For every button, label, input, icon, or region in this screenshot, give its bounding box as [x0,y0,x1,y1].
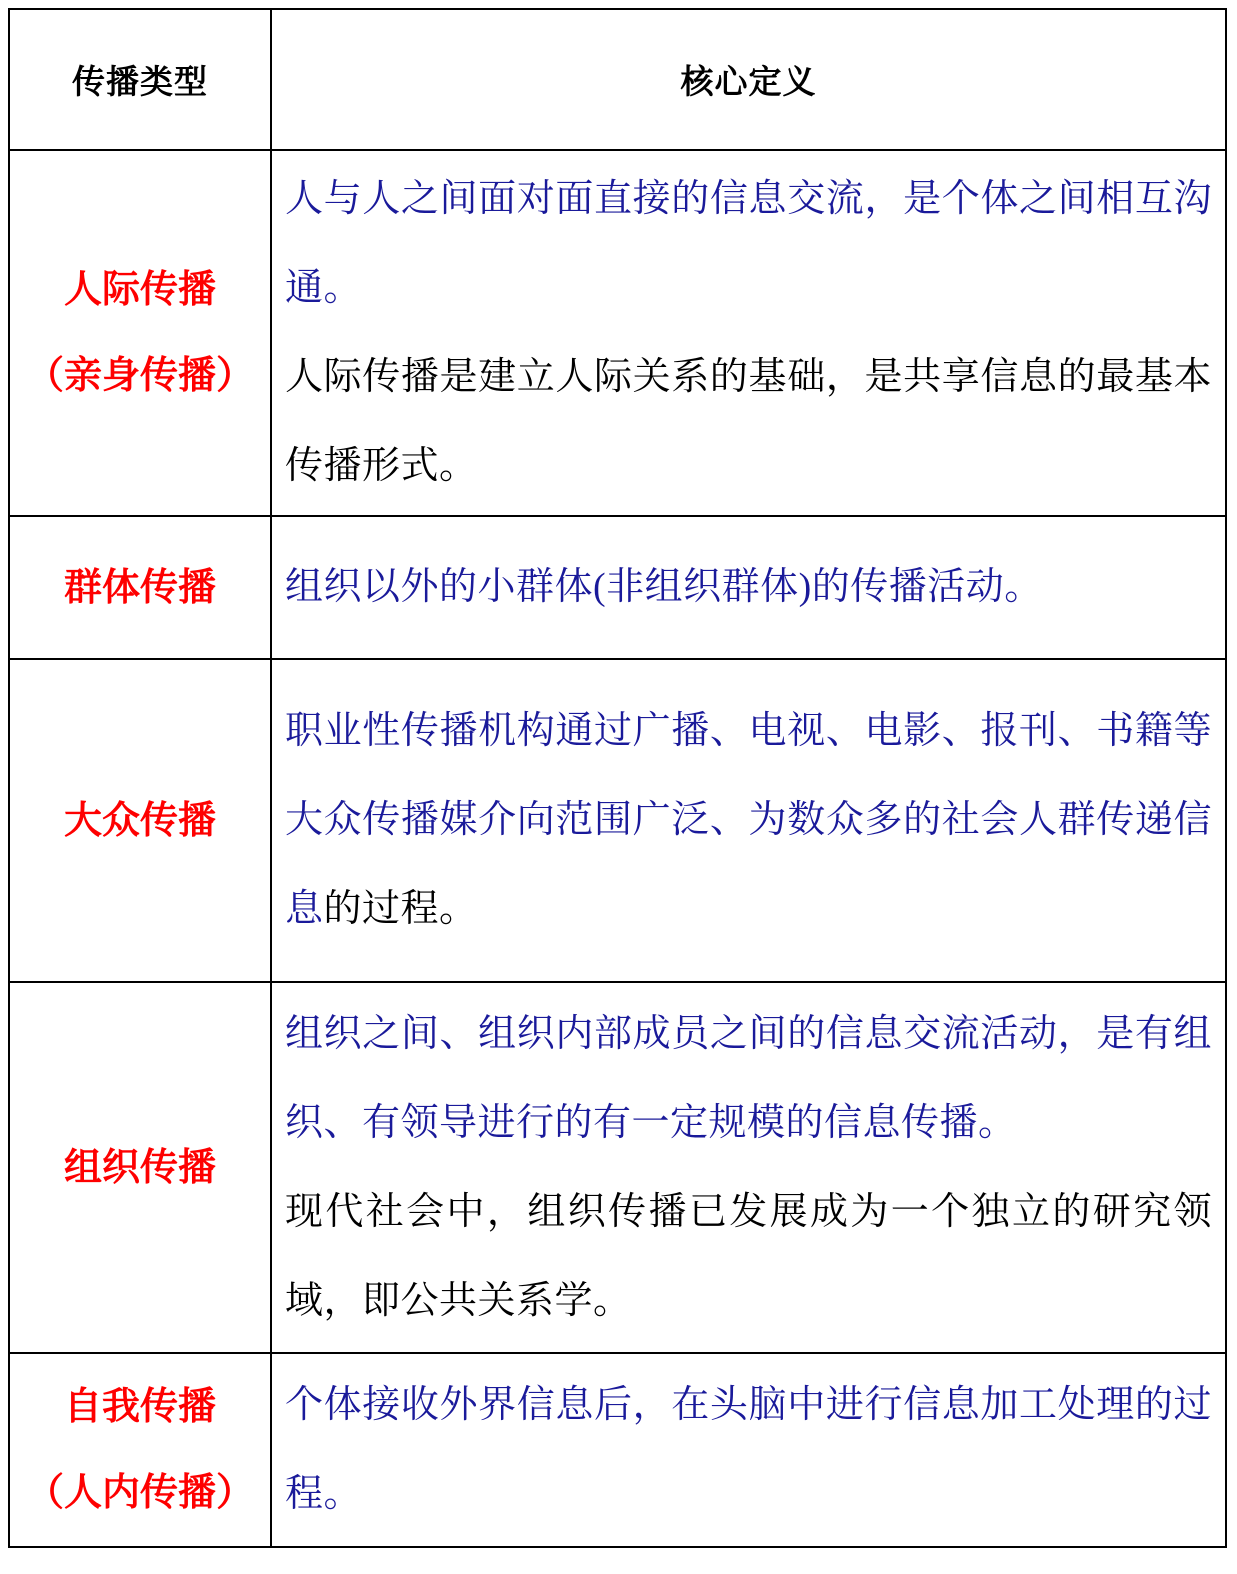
type-cell: 自我传播（人内传播） [9,1353,271,1547]
document-page: 传播类型 核心定义 人际传播（亲身传播）人与人之间面对面直接的信息交流，是个体之… [0,0,1237,1574]
definition-paragraph: 人际传播是建立人际关系的基础，是共享信息的最基本传播形式。 [285,333,1212,511]
table-row: 人际传播（亲身传播）人与人之间面对面直接的信息交流，是个体之间相互沟通。人际传播… [9,150,1226,516]
definition-paragraph: 职业性传播机构通过广播、电视、电影、报刊、书籍等大众传播媒介向范围广泛、为数众多… [285,687,1212,954]
table-body: 传播类型 核心定义 人际传播（亲身传播）人与人之间面对面直接的信息交流，是个体之… [9,9,1226,1547]
definition-cell: 人与人之间面对面直接的信息交流，是个体之间相互沟通。人际传播是建立人际关系的基础… [271,150,1226,516]
type-label: 群体传播 [12,545,268,631]
type-cell: 大众传播 [9,659,271,982]
type-cell: 组织传播 [9,982,271,1353]
type-cell: 群体传播 [9,516,271,659]
text-segment: 组织之间、组织内部成员之间的信息交流活动，是有组织、有领导进行的有一定规模的信息… [285,1013,1212,1144]
definition-paragraph: 组织之间、组织内部成员之间的信息交流活动，是有组织、有领导进行的有一定规模的信息… [285,990,1212,1168]
definition-paragraph: 个体接收外界信息后，在头脑中进行信息加工处理的过程。 [285,1361,1212,1539]
definition-cell: 个体接收外界信息后，在头脑中进行信息加工处理的过程。 [271,1353,1226,1547]
table-header-row: 传播类型 核心定义 [9,9,1226,150]
text-segment: 个体接收外界信息后，在头脑中进行信息加工处理的过程。 [285,1384,1212,1515]
definition-cell: 职业性传播机构通过广播、电视、电影、报刊、书籍等大众传播媒介向范围广泛、为数众多… [271,659,1226,982]
definition-paragraph: 人与人之间面对面直接的信息交流，是个体之间相互沟通。 [285,155,1212,333]
type-label: （人内传播） [12,1450,268,1536]
table-row: 自我传播（人内传播）个体接收外界信息后，在头脑中进行信息加工处理的过程。 [9,1353,1226,1547]
text-segment: 人与人之间面对面直接的信息交流，是个体之间相互沟通。 [285,178,1212,309]
type-label: 大众传播 [12,778,268,864]
type-label: 组织传播 [12,1125,268,1211]
column-header-type: 传播类型 [9,9,271,150]
definition-paragraph: 组织以外的小群体(非组织群体)的传播活动。 [285,543,1212,632]
definition-cell: 组织以外的小群体(非组织群体)的传播活动。 [271,516,1226,659]
communication-types-table: 传播类型 核心定义 人际传播（亲身传播）人与人之间面对面直接的信息交流，是个体之… [8,8,1227,1548]
text-segment: 组织以外的小群体(非组织群体)的传播活动。 [285,566,1043,608]
type-cell: 人际传播（亲身传播） [9,150,271,516]
type-label: （亲身传播） [12,333,268,419]
definition-cell: 组织之间、组织内部成员之间的信息交流活动，是有组织、有领导进行的有一定规模的信息… [271,982,1226,1353]
type-label: 自我传播 [12,1364,268,1450]
text-segment: 人际传播是建立人际关系的基础，是共享信息的最基本传播形式。 [285,356,1212,487]
table-row: 大众传播职业性传播机构通过广播、电视、电影、报刊、书籍等大众传播媒介向范围广泛、… [9,659,1226,982]
column-header-definition: 核心定义 [271,9,1226,150]
definition-paragraph: 现代社会中，组织传播已发展成为一个独立的研究领域，即公共关系学。 [285,1168,1212,1346]
text-segment: 的过程。 [324,888,478,930]
type-label: 人际传播 [12,247,268,333]
text-segment: 现代社会中，组织传播已发展成为一个独立的研究领域，即公共关系学。 [285,1191,1212,1322]
table-row: 组织传播组织之间、组织内部成员之间的信息交流活动，是有组织、有领导进行的有一定规… [9,982,1226,1353]
table-row: 群体传播组织以外的小群体(非组织群体)的传播活动。 [9,516,1226,659]
